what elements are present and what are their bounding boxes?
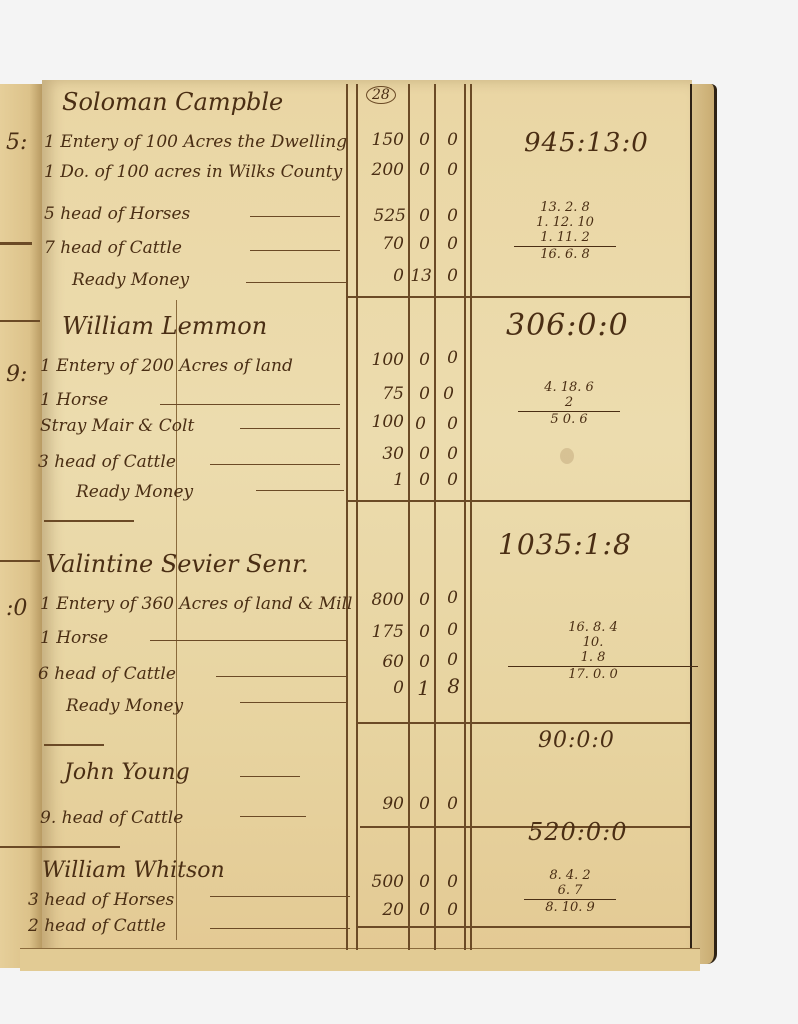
amount-shillings: 1 xyxy=(412,676,430,700)
side-calculation: 4. 18. 6 2 5 0. 6 xyxy=(524,380,614,427)
entry-item: 7 head of Cattle xyxy=(44,238,182,258)
left-page-edge xyxy=(0,84,45,968)
rule-line xyxy=(0,320,40,322)
amount-pounds: 525 xyxy=(360,206,406,226)
amount-pounds: 100 xyxy=(356,412,404,432)
amount-shillings: 0 xyxy=(408,414,426,434)
amount-pounds: 0 xyxy=(360,266,404,286)
leader-line xyxy=(210,928,350,929)
entry-total: 520:0:0 xyxy=(528,818,628,846)
leader-line xyxy=(256,490,344,491)
leader-line xyxy=(250,250,340,251)
entry-item: 9. head of Cattle xyxy=(40,808,183,828)
rule-line xyxy=(0,560,40,562)
amount-pence: 0 xyxy=(440,588,458,608)
leader-line xyxy=(216,676,346,677)
entry-name: John Young xyxy=(64,760,190,785)
page-number: 28 xyxy=(366,86,396,104)
amount-pounds: 30 xyxy=(360,444,404,464)
amount-pence: 0 xyxy=(440,900,458,920)
leader-line xyxy=(240,428,340,429)
amount-shillings: 0 xyxy=(412,470,430,490)
rule-line xyxy=(0,242,32,245)
calc-line: 16. 8. 4 xyxy=(548,620,638,635)
entry-separator xyxy=(356,926,690,928)
amount-shillings: 0 xyxy=(412,206,430,226)
amount-pounds: 800 xyxy=(356,590,404,610)
calc-line: 1. 12. 10 xyxy=(520,215,610,230)
amount-pence: 0 xyxy=(440,794,458,814)
amount-pence: 8 xyxy=(440,674,460,698)
calc-line: 8. 4. 2 xyxy=(530,868,610,883)
entry-separator xyxy=(44,744,104,746)
amount-shillings: 0 xyxy=(412,794,430,814)
amount-pence: 0 xyxy=(440,872,458,892)
left-page-fragment: 9: xyxy=(6,362,27,387)
amount-pence: 0 xyxy=(440,470,458,490)
amount-pounds: 500 xyxy=(360,872,404,892)
calc-result: 8. 10. 9 xyxy=(530,900,610,915)
side-calculation: 8. 4. 2 6. 7 8. 10. 9 xyxy=(530,868,610,915)
calc-line: 4. 18. 6 xyxy=(524,380,614,395)
amount-shillings: 0 xyxy=(412,444,430,464)
calc-line: 10. xyxy=(548,635,638,650)
amount-shillings: 0 xyxy=(412,652,430,672)
calc-line: 1. 11. 2 xyxy=(520,230,610,245)
amount-pounds: 70 xyxy=(360,234,404,254)
entry-name: Soloman Campble xyxy=(62,88,283,116)
entry-total: 1035:1:8 xyxy=(498,528,632,561)
amount-shillings: 0 xyxy=(412,900,430,920)
entry-item: 1 Entery of 100 Acres the Dwelling xyxy=(44,132,347,152)
leader-line xyxy=(240,702,346,703)
calc-line: 2 xyxy=(524,395,614,410)
leader-line xyxy=(246,282,346,283)
calc-line: 13. 2. 8 xyxy=(520,200,610,215)
amount-shillings: 0 xyxy=(412,234,430,254)
amount-pence: 0 xyxy=(440,444,458,464)
amount-shillings: 0 xyxy=(412,350,430,370)
amount-pence: 0 xyxy=(440,348,458,368)
side-calculation: 16. 8. 4 10. 1. 8 17. 0. 0 xyxy=(548,620,638,682)
amount-pounds: 100 xyxy=(358,350,404,370)
calc-result: 16. 6. 8 xyxy=(520,247,610,262)
calc-result: 5 0. 6 xyxy=(524,412,614,427)
leader-line xyxy=(150,640,346,641)
amount-pounds: 200 xyxy=(356,160,404,180)
entry-name: Valintine Sevier Senr. xyxy=(46,550,309,578)
calc-line: 1. 8 xyxy=(548,650,638,665)
amount-shillings: 0 xyxy=(412,130,430,150)
entry-item: Ready Money xyxy=(72,270,189,290)
amount-pounds: 20 xyxy=(360,900,404,920)
entry-total: 90:0:0 xyxy=(538,728,615,753)
entry-item: Stray Mair & Colt xyxy=(40,416,194,436)
amount-shillings: 0 xyxy=(412,622,430,642)
amount-pence: 0 xyxy=(440,266,458,286)
entry-separator xyxy=(30,846,120,848)
leader-line xyxy=(160,404,340,405)
amount-pounds: 75 xyxy=(360,384,404,404)
entry-name: William Whitson xyxy=(42,858,225,883)
entry-item: 5 head of Horses xyxy=(44,204,190,224)
entry-item: 1 Horse xyxy=(40,628,108,648)
entry-item: 3 head of Horses xyxy=(28,890,174,910)
amount-pence: 0 xyxy=(436,384,454,404)
leader-line xyxy=(240,816,306,817)
calc-line: 6. 7 xyxy=(530,883,610,898)
amount-pounds: 90 xyxy=(360,794,404,814)
entry-item: 1 Entery of 200 Acres of land xyxy=(40,356,293,376)
entry-name: William Lemmon xyxy=(62,312,267,340)
entry-item: 2 head of Cattle xyxy=(28,916,166,936)
amount-pounds: 60 xyxy=(360,652,404,672)
calc-result: 17. 0. 0 xyxy=(548,667,638,682)
leader-line xyxy=(240,776,300,777)
amount-pounds: 1 xyxy=(360,470,404,490)
amount-shillings: 0 xyxy=(412,384,430,404)
column-rule xyxy=(346,84,348,950)
amount-shillings: 0 xyxy=(412,872,430,892)
amount-pounds: 0 xyxy=(360,678,404,698)
leader-line xyxy=(210,464,340,465)
column-rule xyxy=(470,84,472,950)
page-bottom-edge xyxy=(20,948,700,971)
amount-shillings: 13 xyxy=(408,266,432,286)
amount-shillings: 0 xyxy=(412,590,430,610)
entry-total: 306:0:0 xyxy=(506,308,629,343)
amount-shillings: 0 xyxy=(412,160,430,180)
entry-item: 1 Horse xyxy=(40,390,108,410)
column-rule xyxy=(408,84,410,950)
leader-line xyxy=(250,216,340,217)
entry-separator xyxy=(356,722,690,724)
amount-pence: 0 xyxy=(440,130,458,150)
amount-pence: 0 xyxy=(440,620,458,640)
entry-separator xyxy=(44,520,134,522)
entry-separator xyxy=(346,296,690,298)
entry-item: 6 head of Cattle xyxy=(38,664,176,684)
column-rule xyxy=(356,84,358,950)
entry-item: 1 Entery of 360 Acres of land & Mill xyxy=(40,594,353,614)
leader-line xyxy=(210,896,350,897)
side-calculation: 13. 2. 8 1. 12. 10 1. 11. 2 16. 6. 8 xyxy=(520,200,610,262)
entry-separator xyxy=(360,826,690,828)
left-page-fragment: :0 xyxy=(6,596,27,621)
page-stack-edge xyxy=(690,84,717,964)
left-page-fragment: 5: xyxy=(6,130,27,155)
entry-item: Ready Money xyxy=(76,482,193,502)
column-rule xyxy=(434,84,436,950)
amount-pence: 0 xyxy=(440,414,458,434)
amount-pounds: 175 xyxy=(360,622,404,642)
entry-item: 3 head of Cattle xyxy=(38,452,176,472)
amount-pence: 0 xyxy=(440,234,458,254)
amount-pence: 0 xyxy=(440,206,458,226)
ink-stain xyxy=(560,448,574,464)
entry-separator xyxy=(346,500,690,502)
amount-pence: 0 xyxy=(440,160,458,180)
column-rule xyxy=(464,84,466,950)
entry-total: 945:13:0 xyxy=(524,128,649,158)
fold-line xyxy=(176,300,177,940)
amount-pence: 0 xyxy=(440,650,458,670)
entry-item: Ready Money xyxy=(66,696,183,716)
amount-pounds: 150 xyxy=(360,130,404,150)
entry-item: 1 Do. of 100 acres in Wilks County xyxy=(44,162,342,182)
